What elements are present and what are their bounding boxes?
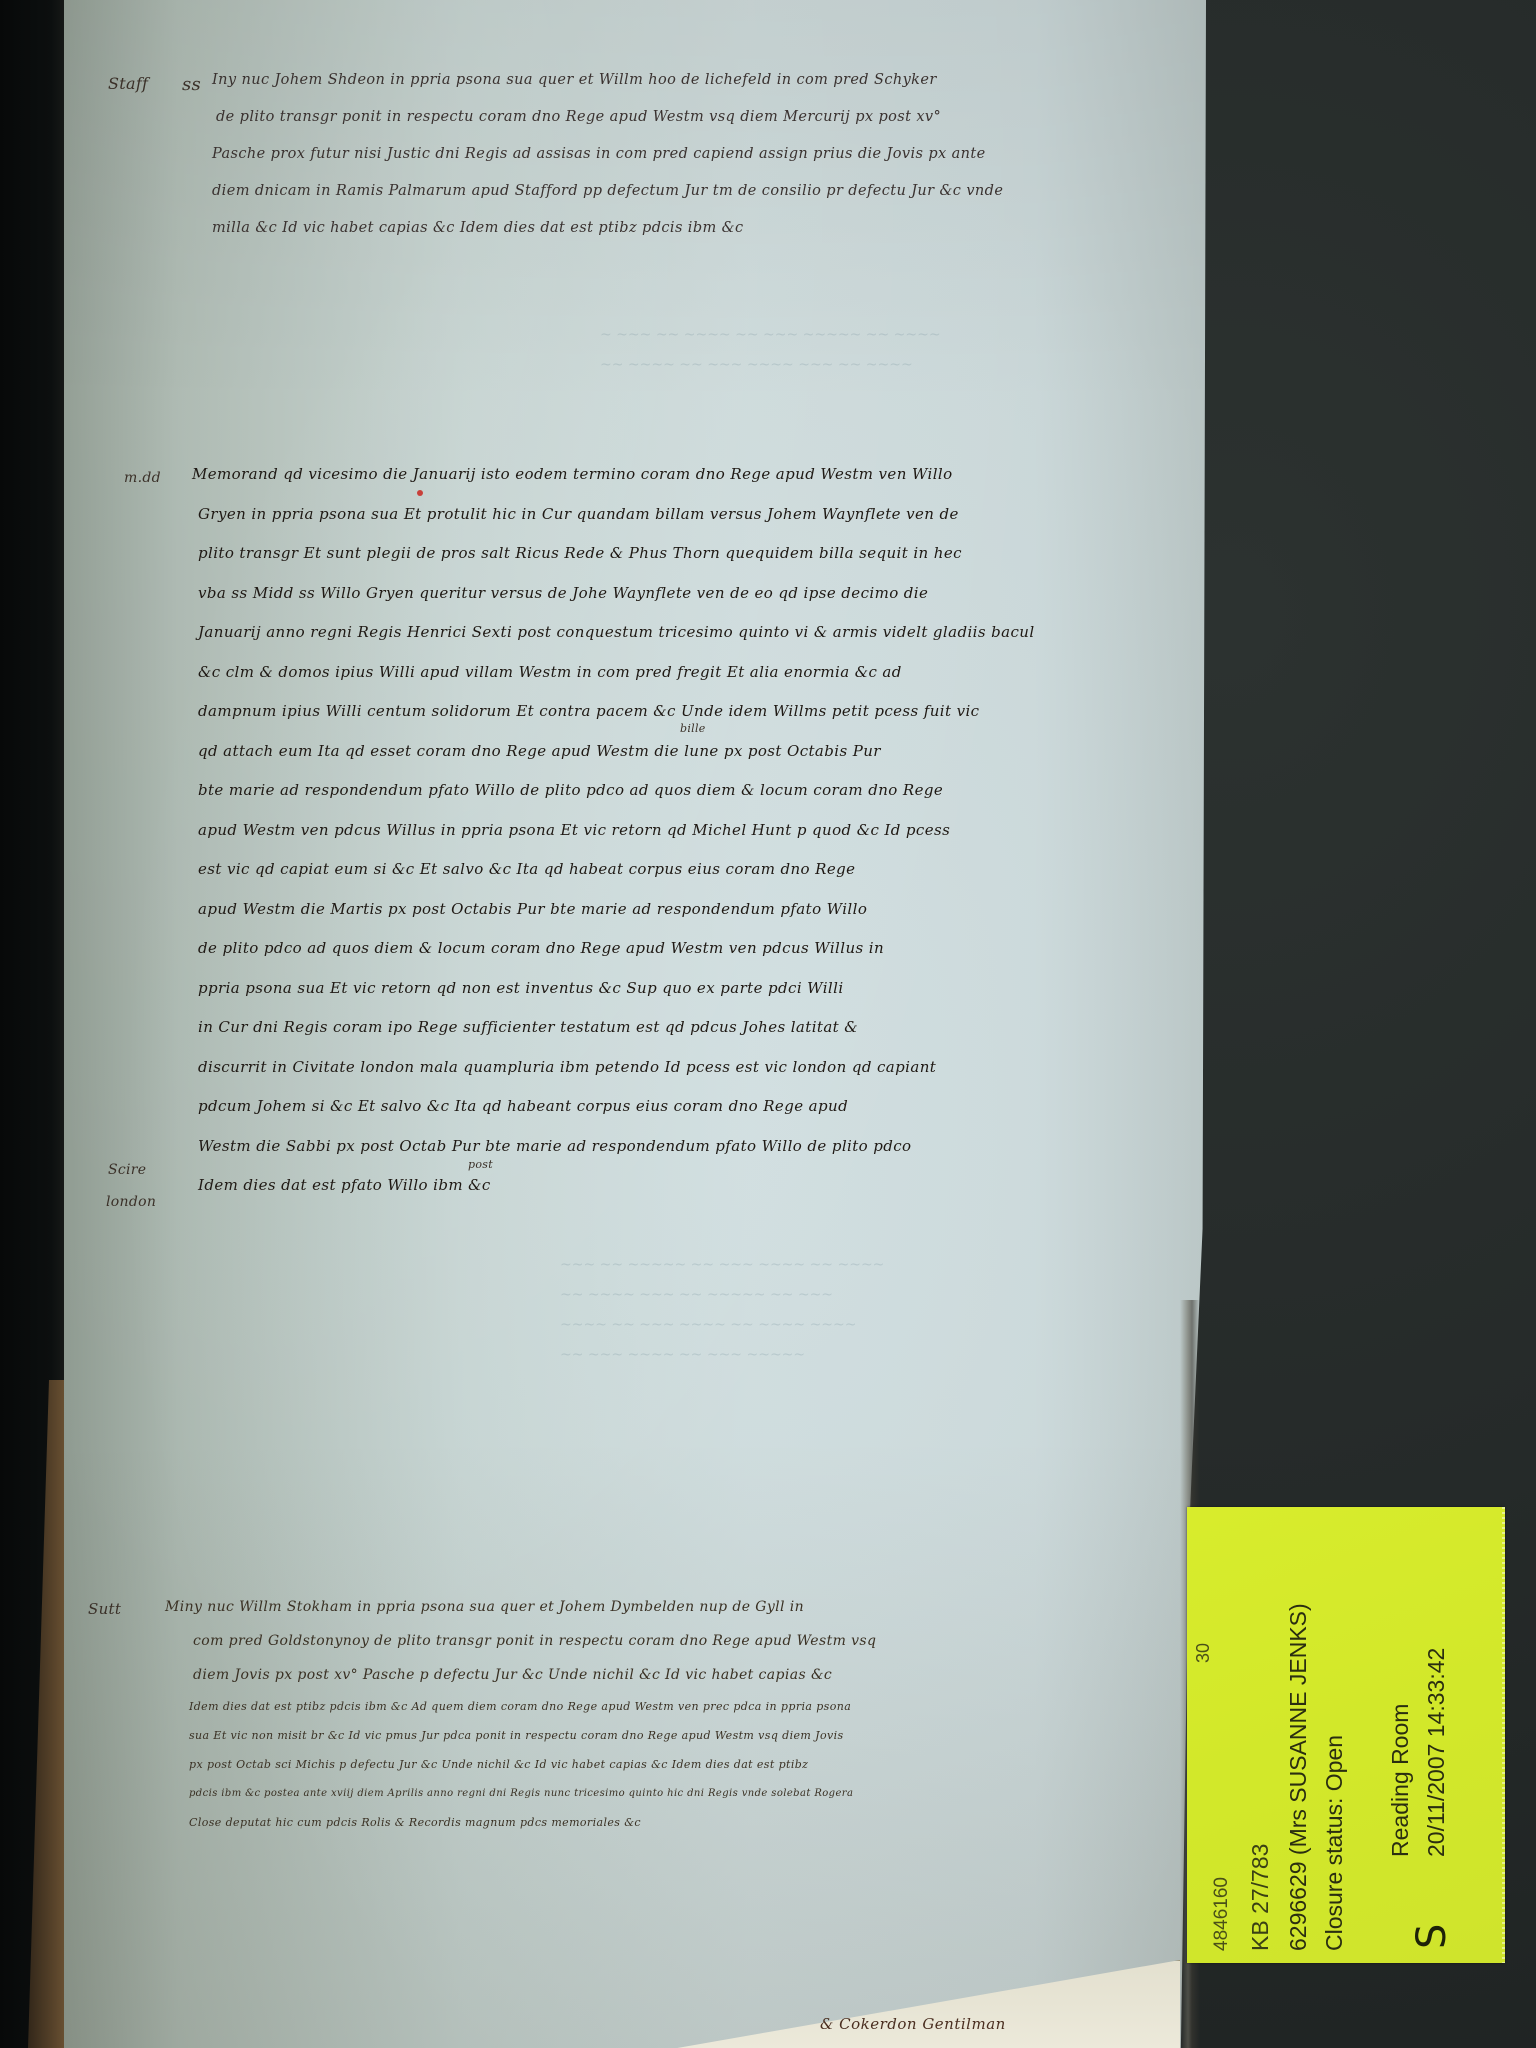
- entry-2-line: Januarij anno regni Regis Henrici Sexti …: [192, 613, 1035, 653]
- entry-3: Miny nuc Willm Stokham in ppria psona su…: [165, 1590, 876, 1837]
- entry-2-line: ppria psona sua Et vic retorn qd non est…: [192, 969, 1035, 1009]
- interlinear-note: post: [468, 1158, 493, 1171]
- document-request-slip: 30 4846160 KB 27/783 6296629 (Mrs SUSANN…: [1187, 1507, 1505, 1963]
- entry-2-line: pdcum Johem si &c Et salvo &c Ita qd hab…: [192, 1087, 1035, 1127]
- interlinear-note: bille: [680, 722, 706, 735]
- entry-3-line: pdcis ibm &c postea ante xviij diem Apri…: [165, 1779, 876, 1808]
- slip-location-letter: S: [1409, 1924, 1455, 1949]
- entry-2-line: de plito pdco ad quos diem & locum coram…: [192, 929, 1035, 969]
- show-through-text: ~~~ ~~ ~~~~~ ~~ ~~~ ~~~~ ~~ ~~~~~~ ~~~~ …: [560, 1250, 884, 1370]
- entry-3-line: sua Et vic non misit br &c Id vic pmus J…: [165, 1721, 876, 1750]
- slip-rotated-content: 30 4846160 KB 27/783 6296629 (Mrs SUSANN…: [1187, 1507, 1505, 1963]
- entry-2-line: bte marie ad respondendum pfato Willo de…: [192, 771, 1035, 811]
- entry-3-line: px post Octab sci Michis p defectu Jur &…: [165, 1750, 876, 1779]
- entry-2-margin-scire: Scire: [108, 1162, 146, 1178]
- entry-3-line: Miny nuc Willm Stokham in ppria psona su…: [165, 1590, 876, 1624]
- entry-1-margin-county: Staff: [108, 74, 148, 93]
- entry-2-line: Westm die Sabbi px post Octab Pur bte ma…: [192, 1127, 1035, 1167]
- slip-reader: 6296629 (Mrs SUSANNE JENKS): [1285, 1603, 1312, 1951]
- entry-1-margin-mark: ss: [182, 74, 201, 95]
- entry-2-line: apud Westm die Martis px post Octabis Pu…: [192, 890, 1035, 930]
- entry-2-line: Idem dies dat est pfato Willo ibm &c: [192, 1166, 1035, 1206]
- entry-3-line: Close deputat hic cum pdcis Rolis & Reco…: [165, 1808, 876, 1837]
- entry-2-line: qd attach eum Ita qd esset coram dno Reg…: [192, 732, 1035, 772]
- slip-top-number: 30: [1193, 1643, 1214, 1663]
- entry-2-line: vba ss Midd ss Willo Gryen queritur vers…: [192, 574, 1035, 614]
- show-through-text: ~ ~~~ ~~ ~~~~ ~~ ~~~ ~~~~~ ~~ ~~~~~~ ~~~…: [600, 320, 941, 380]
- entry-2-line: plito transgr Et sunt plegii de pros sal…: [192, 534, 1035, 574]
- entry-2-line: apud Westm ven pdcus Willus in ppria pso…: [192, 811, 1035, 851]
- entry-3-margin-county: Sutt: [88, 1600, 121, 1618]
- entry-2-line: &c clm & domos ipius Willi apud villam W…: [192, 653, 1035, 693]
- entry-2-line: est vic qd capiat eum si &c Et salvo &c …: [192, 850, 1035, 890]
- entry-2-line: discurrit in Civitate london mala quampl…: [192, 1048, 1035, 1088]
- entry-1: Iny nuc Johem Shdeon in ppria psona sua …: [212, 62, 1003, 247]
- entry-3-line: diem Jovis px post xv° Pasche p defectu …: [165, 1658, 876, 1692]
- entry-3-line: com pred Goldstonynoy de plito transgr p…: [165, 1624, 876, 1658]
- entry-1-line: milla &c Id vic habet capias &c Idem die…: [212, 210, 1003, 247]
- entry-1-line: de plito transgr ponit in respectu coram…: [212, 99, 1003, 136]
- slip-timestamp: 20/11/2007 14:33:42: [1423, 1648, 1450, 1857]
- entry-2-margin-membrane-mark: m.dd: [124, 470, 161, 486]
- entry-3-line: Idem dies dat est ptibz pdcis ibm &c Ad …: [165, 1692, 876, 1721]
- entry-1-line: diem dnicam in Ramis Palmarum apud Staff…: [212, 173, 1003, 210]
- entry-2: Memorand qd vicesimo die Januarij isto e…: [192, 455, 1035, 1206]
- entry-2-line: Gryen in ppria psona sua Et protulit hic…: [192, 495, 1035, 535]
- slip-closure-status: Closure status: Open: [1321, 1735, 1348, 1951]
- entry-1-line: Iny nuc Johem Shdeon in ppria psona sua …: [212, 62, 1003, 99]
- entry-2-margin-london: london: [106, 1194, 156, 1210]
- entry-2-line: Memorand qd vicesimo die Januarij isto e…: [192, 455, 1035, 495]
- lower-membrane-text: & Cokerdon Gentilman: [820, 2015, 1006, 2033]
- entry-2-line: in Cur dni Regis coram ipo Rege sufficie…: [192, 1008, 1035, 1048]
- entry-2-line: dampnum ipius Willi centum solidorum Et …: [192, 692, 1035, 732]
- entry-1-line: Pasche prox futur nisi Justic dni Regis …: [212, 136, 1003, 173]
- slip-location: Reading Room: [1387, 1704, 1414, 1857]
- slip-document-id: 4846160: [1211, 1877, 1233, 1951]
- slip-reference: KB 27/783: [1247, 1844, 1274, 1951]
